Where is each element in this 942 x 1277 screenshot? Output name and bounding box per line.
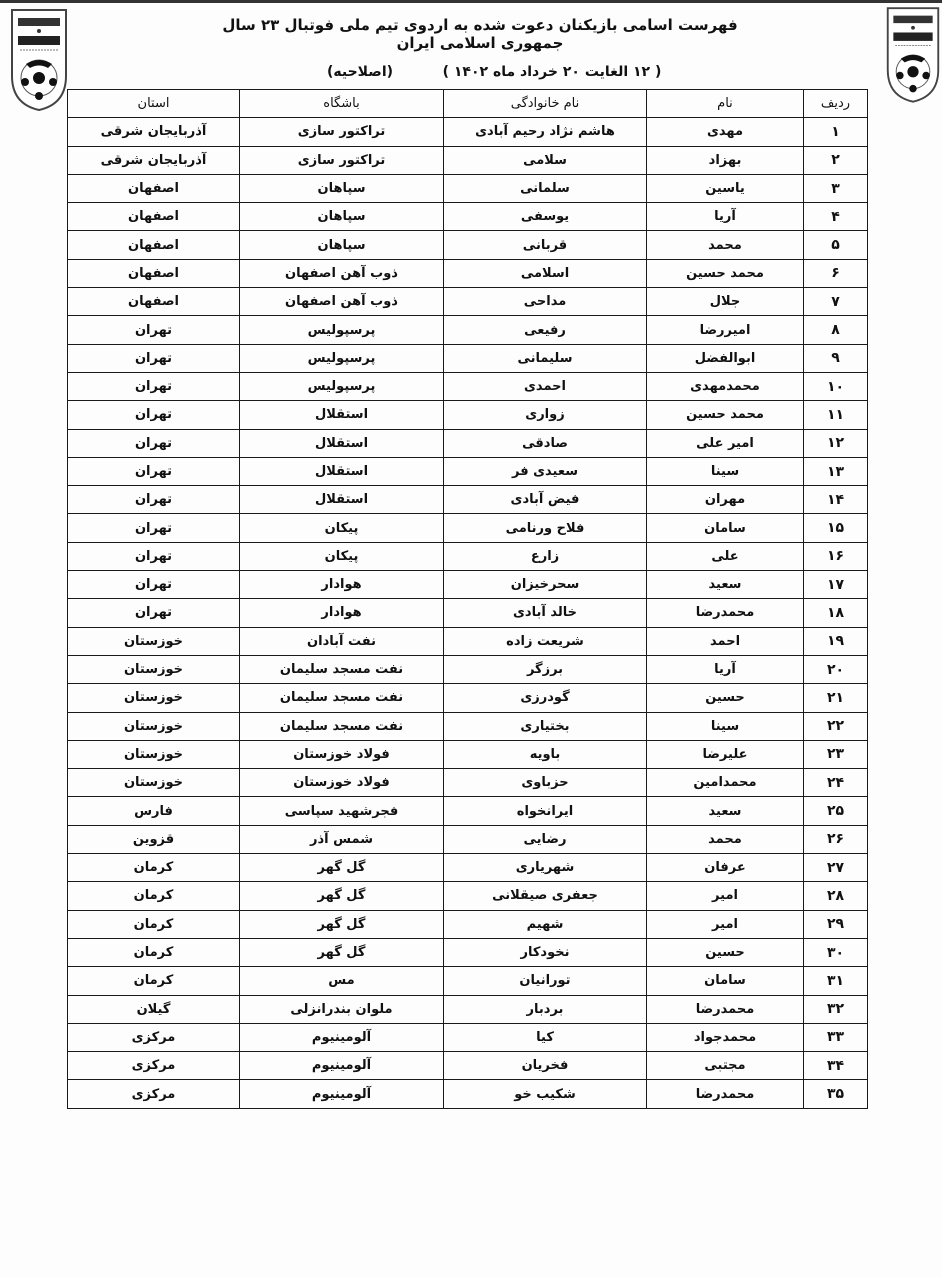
table-row: ۲۴محمدامینحزباویفولاد خوزستانخوزستان — [68, 769, 868, 797]
cell-first-name: یاسین — [647, 174, 804, 202]
cell-index: ۱۸ — [804, 599, 868, 627]
cell-club: تراکتور سازی — [240, 146, 444, 174]
cell-club: پرسپولیس — [240, 372, 444, 400]
cell-last-name: فیض آبادی — [444, 486, 647, 514]
cell-first-name: امیر — [647, 910, 804, 938]
table-row: ۲۲سینابختیارینفت مسجد سلیمانخوزستان — [68, 712, 868, 740]
cell-club: فولاد خوزستان — [240, 769, 444, 797]
table-row: ۶محمد حسیناسلامیذوب آهن اصفهاناصفهان — [68, 259, 868, 287]
cell-last-name: اسلامی — [444, 259, 647, 287]
table-row: ۱۹احمدشریعت زادهنفت آبادانخوزستان — [68, 627, 868, 655]
cell-index: ۱۲ — [804, 429, 868, 457]
table-header-row: ردیف نام نام خانوادگی باشگاه استان — [68, 90, 868, 118]
cell-last-name: شهیم — [444, 910, 647, 938]
cell-index: ۳۰ — [804, 938, 868, 966]
cell-last-name: رفیعی — [444, 316, 647, 344]
cell-province: مرکزی — [68, 1080, 240, 1108]
cell-province: کرمان — [68, 854, 240, 882]
table-row: ۷جلالمداحیذوب آهن اصفهاناصفهان — [68, 288, 868, 316]
cell-province: مرکزی — [68, 1052, 240, 1080]
cell-first-name: سامان — [647, 967, 804, 995]
cell-first-name: محمد حسین — [647, 401, 804, 429]
cell-province: کرمان — [68, 882, 240, 910]
table-row: ۹ابوالفضلسلیمانیپرسپولیستهران — [68, 344, 868, 372]
cell-index: ۱۳ — [804, 457, 868, 485]
cell-first-name: مجتبی — [647, 1052, 804, 1080]
cell-club: فولاد خوزستان — [240, 740, 444, 768]
cell-province: اصفهان — [68, 259, 240, 287]
cell-index: ۳۵ — [804, 1080, 868, 1108]
cell-last-name: باویه — [444, 740, 647, 768]
cell-last-name: احمدی — [444, 372, 647, 400]
table-row: ۳۴مجتبیفخریانآلومینیوممرکزی — [68, 1052, 868, 1080]
cell-last-name: بردبار — [444, 995, 647, 1023]
table-row: ۱۰محمدمهدیاحمدیپرسپولیستهران — [68, 372, 868, 400]
cell-last-name: نخودکار — [444, 938, 647, 966]
table-row: ۱۵سامانفلاح ورنامیپیکانتهران — [68, 514, 868, 542]
cell-province: کرمان — [68, 938, 240, 966]
table-row: ۳۳محمدجوادکیاآلومینیوممرکزی — [68, 1023, 868, 1051]
cell-index: ۲۸ — [804, 882, 868, 910]
cell-club: آلومینیوم — [240, 1080, 444, 1108]
cell-last-name: سلیمانی — [444, 344, 647, 372]
cell-first-name: محمد — [647, 825, 804, 853]
table-row: ۲۰آریابرزگرنفت مسجد سلیمانخوزستان — [68, 655, 868, 683]
cell-province: تهران — [68, 486, 240, 514]
cell-last-name: برزگر — [444, 655, 647, 683]
cell-first-name: جلال — [647, 288, 804, 316]
table-row: ۱۶علیزارعپیکانتهران — [68, 542, 868, 570]
cell-club: استقلال — [240, 486, 444, 514]
cell-last-name: بختیاری — [444, 712, 647, 740]
table-row: ۲بهزادسلامیتراکتور سازیآذربایجان شرقی — [68, 146, 868, 174]
table-row: ۴آریایوسفیسپاهاناصفهان — [68, 203, 868, 231]
cell-province: اصفهان — [68, 231, 240, 259]
header-last-name: نام خانوادگی — [444, 90, 647, 118]
cell-club: گل گهر — [240, 938, 444, 966]
cell-last-name: سلمانی — [444, 174, 647, 202]
cell-club: مس — [240, 967, 444, 995]
cell-index: ۲۰ — [804, 655, 868, 683]
cell-first-name: محمدرضا — [647, 995, 804, 1023]
cell-club: نفت آبادان — [240, 627, 444, 655]
table-row: ۳۵محمدرضاشکیب خوآلومینیوممرکزی — [68, 1080, 868, 1108]
cell-club: هوادار — [240, 599, 444, 627]
cell-club: نفت مسجد سلیمان — [240, 655, 444, 683]
cell-club: گل گهر — [240, 910, 444, 938]
cell-first-name: مهران — [647, 486, 804, 514]
cell-province: تهران — [68, 401, 240, 429]
cell-first-name: احمد — [647, 627, 804, 655]
cell-index: ۲۴ — [804, 769, 868, 797]
table-row: ۲۸امیرجعفری صیقلانیگل گهرکرمان — [68, 882, 868, 910]
table-row: ۵محمدقربانیسپاهاناصفهان — [68, 231, 868, 259]
cell-province: تهران — [68, 457, 240, 485]
cell-first-name: امیر — [647, 882, 804, 910]
table-row: ۱۲امیر علیصادقیاستقلالتهران — [68, 429, 868, 457]
header-index: ردیف — [804, 90, 868, 118]
table-body: ۱مهدیهاشم نژاد رحیم آبادیتراکتور سازیآذر… — [68, 118, 868, 1108]
cell-index: ۲۱ — [804, 684, 868, 712]
cell-index: ۳۴ — [804, 1052, 868, 1080]
cell-last-name: فخریان — [444, 1052, 647, 1080]
page-top-edge — [0, 0, 942, 3]
cell-index: ۱۵ — [804, 514, 868, 542]
cell-club: گل گهر — [240, 882, 444, 910]
table-row: ۱مهدیهاشم نژاد رحیم آبادیتراکتور سازیآذر… — [68, 118, 868, 146]
cell-index: ۲ — [804, 146, 868, 174]
document-title: فهرست اسامی بازیکنان دعوت شده به اردوی ت… — [200, 16, 760, 52]
cell-last-name: سحرخیزان — [444, 571, 647, 599]
cell-first-name: بهزاد — [647, 146, 804, 174]
cell-last-name: شریعت زاده — [444, 627, 647, 655]
cell-province: تهران — [68, 599, 240, 627]
table-row: ۲۶محمدرضاییشمس آذرقزوین — [68, 825, 868, 853]
cell-index: ۳۳ — [804, 1023, 868, 1051]
cell-club: آلومینیوم — [240, 1052, 444, 1080]
cell-club: هوادار — [240, 571, 444, 599]
table-row: ۳۱سامانتورانیانمسکرمان — [68, 967, 868, 995]
cell-club: سپاهان — [240, 203, 444, 231]
cell-index: ۱۱ — [804, 401, 868, 429]
cell-club: سپاهان — [240, 174, 444, 202]
cell-province: تهران — [68, 429, 240, 457]
cell-index: ۲۹ — [804, 910, 868, 938]
federation-emblem-icon — [8, 6, 70, 112]
cell-club: تراکتور سازی — [240, 118, 444, 146]
cell-last-name: تورانیان — [444, 967, 647, 995]
cell-province: تهران — [68, 372, 240, 400]
cell-index: ۲۲ — [804, 712, 868, 740]
cell-club: ذوب آهن اصفهان — [240, 288, 444, 316]
cell-club: نفت مسجد سلیمان — [240, 684, 444, 712]
cell-province: خوزستان — [68, 627, 240, 655]
amendment-note: (اصلاحیه) — [300, 64, 420, 80]
cell-first-name: آریا — [647, 655, 804, 683]
cell-index: ۲۷ — [804, 854, 868, 882]
table-row: ۱۴مهرانفیض آبادیاستقلالتهران — [68, 486, 868, 514]
table-row: ۸امیررضارفیعیپرسپولیستهران — [68, 316, 868, 344]
table-row: ۳۲محمدرضابردبارملوان بندرانزلیگیلان — [68, 995, 868, 1023]
cell-index: ۴ — [804, 203, 868, 231]
table-row: ۲۱حسینگودرزینفت مسجد سلیمانخوزستان — [68, 684, 868, 712]
cell-club: سپاهان — [240, 231, 444, 259]
cell-first-name: ابوالفضل — [647, 344, 804, 372]
cell-first-name: محمدجواد — [647, 1023, 804, 1051]
cell-index: ۱۹ — [804, 627, 868, 655]
cell-last-name: صادقی — [444, 429, 647, 457]
cell-club: فجرشهید سپاسی — [240, 797, 444, 825]
cell-last-name: کیا — [444, 1023, 647, 1051]
cell-province: خوزستان — [68, 712, 240, 740]
cell-last-name: سلامی — [444, 146, 647, 174]
cell-first-name: محمد — [647, 231, 804, 259]
cell-index: ۵ — [804, 231, 868, 259]
cell-first-name: سعید — [647, 571, 804, 599]
cell-index: ۱۴ — [804, 486, 868, 514]
cell-first-name: محمد حسین — [647, 259, 804, 287]
cell-last-name: شکیب خو — [444, 1080, 647, 1108]
cell-province: آذربایجان شرقی — [68, 118, 240, 146]
cell-province: اصفهان — [68, 288, 240, 316]
cell-index: ۲۶ — [804, 825, 868, 853]
header-province: استان — [68, 90, 240, 118]
table-row: ۳۰حسیننخودکارگل گهرکرمان — [68, 938, 868, 966]
cell-first-name: حسین — [647, 938, 804, 966]
cell-index: ۹ — [804, 344, 868, 372]
cell-province: تهران — [68, 542, 240, 570]
cell-last-name: شهریاری — [444, 854, 647, 882]
cell-first-name: محمدرضا — [647, 1080, 804, 1108]
cell-last-name: گودرزی — [444, 684, 647, 712]
cell-province: خوزستان — [68, 684, 240, 712]
cell-first-name: محمدمهدی — [647, 372, 804, 400]
cell-club: ملوان بندرانزلی — [240, 995, 444, 1023]
cell-province: مرکزی — [68, 1023, 240, 1051]
cell-province: خوزستان — [68, 740, 240, 768]
table-row: ۳یاسینسلمانیسپاهاناصفهان — [68, 174, 868, 202]
date-range: ( ۱۲ الغایت ۲۰ خرداد ماه ۱۴۰۲ ) — [432, 64, 672, 80]
cell-last-name: جعفری صیقلانی — [444, 882, 647, 910]
cell-index: ۲۵ — [804, 797, 868, 825]
cell-index: ۳۱ — [804, 967, 868, 995]
cell-club: پرسپولیس — [240, 316, 444, 344]
cell-club: ذوب آهن اصفهان — [240, 259, 444, 287]
cell-first-name: امیررضا — [647, 316, 804, 344]
table-row: ۱۳سیناسعیدی فراستقلالتهران — [68, 457, 868, 485]
table-row: ۱۷سعیدسحرخیزانهوادارتهران — [68, 571, 868, 599]
cell-club: استقلال — [240, 401, 444, 429]
cell-last-name: سعیدی فر — [444, 457, 647, 485]
cell-first-name: عرفان — [647, 854, 804, 882]
cell-last-name: مداحی — [444, 288, 647, 316]
header-club: باشگاه — [240, 90, 444, 118]
cell-club: شمس آذر — [240, 825, 444, 853]
cell-province: خوزستان — [68, 769, 240, 797]
cell-index: ۶ — [804, 259, 868, 287]
cell-index: ۱۷ — [804, 571, 868, 599]
cell-index: ۳۲ — [804, 995, 868, 1023]
cell-province: تهران — [68, 316, 240, 344]
cell-club: آلومینیوم — [240, 1023, 444, 1051]
cell-club: استقلال — [240, 457, 444, 485]
cell-first-name: آریا — [647, 203, 804, 231]
cell-province: اصفهان — [68, 203, 240, 231]
cell-first-name: محمدامین — [647, 769, 804, 797]
cell-club: گل گهر — [240, 854, 444, 882]
cell-last-name: قربانی — [444, 231, 647, 259]
cell-last-name: حزباوی — [444, 769, 647, 797]
cell-index: ۸ — [804, 316, 868, 344]
cell-province: خوزستان — [68, 655, 240, 683]
cell-club: پیکان — [240, 542, 444, 570]
cell-first-name: سینا — [647, 457, 804, 485]
cell-last-name: زواری — [444, 401, 647, 429]
cell-first-name: مهدی — [647, 118, 804, 146]
cell-index: ۱۶ — [804, 542, 868, 570]
table-row: ۲۵سعیدایرانخواهفجرشهید سپاسیفارس — [68, 797, 868, 825]
cell-index: ۷ — [804, 288, 868, 316]
cell-index: ۱۰ — [804, 372, 868, 400]
cell-province: قزوین — [68, 825, 240, 853]
cell-province: تهران — [68, 571, 240, 599]
cell-first-name: علی — [647, 542, 804, 570]
cell-last-name: فلاح ورنامی — [444, 514, 647, 542]
table-row: ۱۱محمد حسینزواریاستقلالتهران — [68, 401, 868, 429]
cell-club: استقلال — [240, 429, 444, 457]
cell-first-name: امیر علی — [647, 429, 804, 457]
cell-index: ۲۳ — [804, 740, 868, 768]
cell-first-name: سینا — [647, 712, 804, 740]
table-row: ۱۸محمدرضاخالد آبادیهوادارتهران — [68, 599, 868, 627]
cell-club: پیکان — [240, 514, 444, 542]
cell-club: پرسپولیس — [240, 344, 444, 372]
cell-index: ۳ — [804, 174, 868, 202]
cell-first-name: حسین — [647, 684, 804, 712]
cell-province: کرمان — [68, 910, 240, 938]
cell-province: فارس — [68, 797, 240, 825]
cell-province: آذربایجان شرقی — [68, 146, 240, 174]
cell-index: ۱ — [804, 118, 868, 146]
cell-province: اصفهان — [68, 174, 240, 202]
cell-province: تهران — [68, 344, 240, 372]
cell-first-name: سامان — [647, 514, 804, 542]
cell-last-name: خالد آبادی — [444, 599, 647, 627]
cell-first-name: علیرضا — [647, 740, 804, 768]
header-first-name: نام — [647, 90, 804, 118]
table-row: ۲۹امیرشهیمگل گهرکرمان — [68, 910, 868, 938]
table-row: ۲۷عرفانشهریاریگل گهرکرمان — [68, 854, 868, 882]
cell-last-name: زارع — [444, 542, 647, 570]
cell-first-name: سعید — [647, 797, 804, 825]
cell-last-name: رضایی — [444, 825, 647, 853]
federation-emblem-icon — [884, 4, 942, 110]
player-roster-table: ردیف نام نام خانوادگی باشگاه استان ۱مهدی… — [67, 89, 868, 1109]
cell-province: کرمان — [68, 967, 240, 995]
cell-last-name: هاشم نژاد رحیم آبادی — [444, 118, 647, 146]
cell-province: تهران — [68, 514, 240, 542]
table-row: ۲۳علیرضاباویهفولاد خوزستانخوزستان — [68, 740, 868, 768]
cell-last-name: یوسفی — [444, 203, 647, 231]
cell-province: گیلان — [68, 995, 240, 1023]
cell-first-name: محمدرضا — [647, 599, 804, 627]
cell-club: نفت مسجد سلیمان — [240, 712, 444, 740]
cell-last-name: ایرانخواه — [444, 797, 647, 825]
